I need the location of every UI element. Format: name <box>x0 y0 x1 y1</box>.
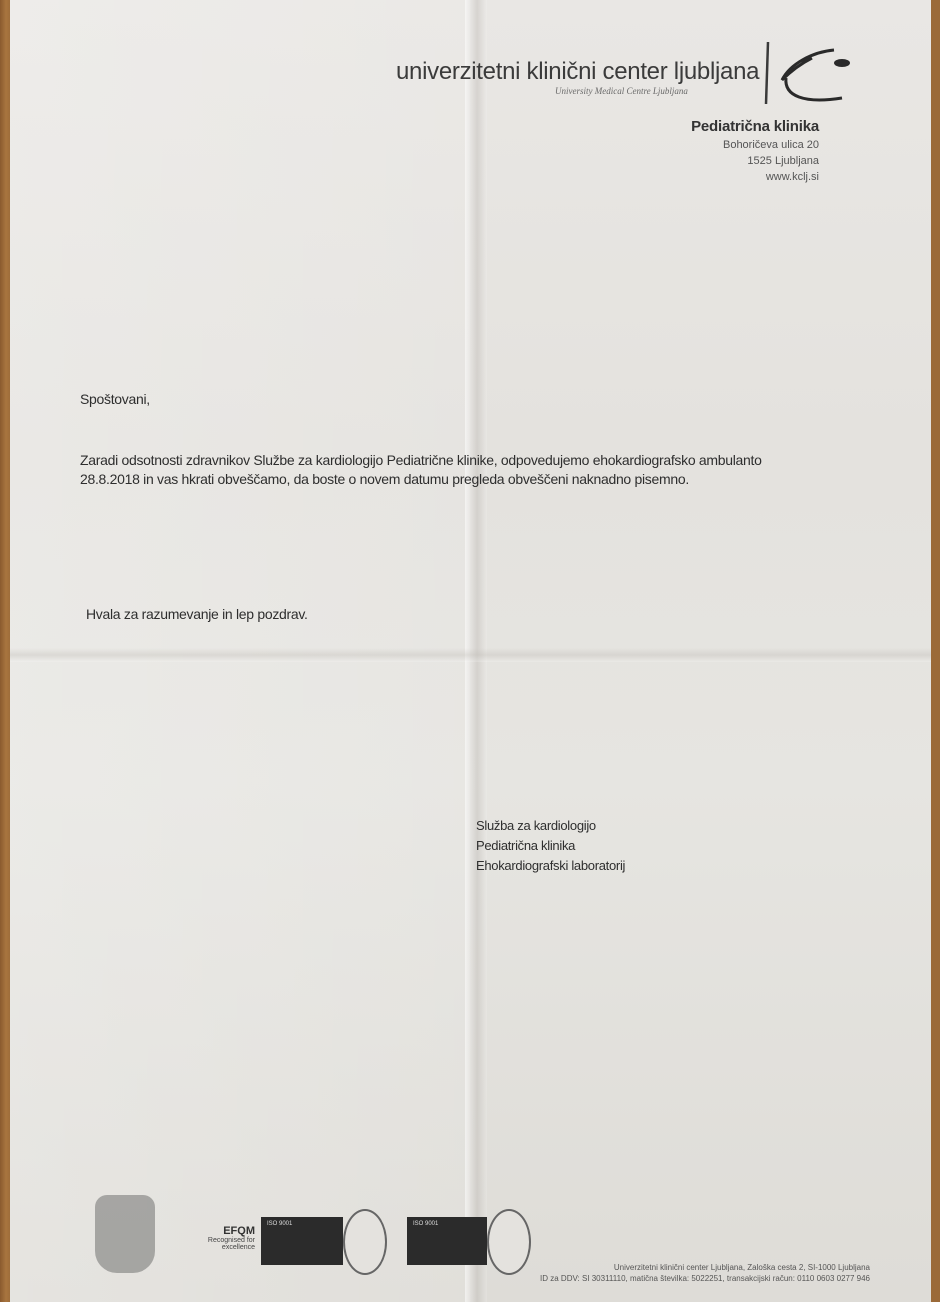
letter-paper: univerzitetni klinični center ljubljana … <box>10 0 931 1302</box>
website: www.kclj.si <box>691 171 819 183</box>
horizontal-fold <box>10 648 931 662</box>
institution-name: univerzitetni klinični center ljubljana <box>396 58 759 86</box>
signature-line: Služba za kardiologijo <box>476 816 625 836</box>
certification-seal-icon <box>343 1209 387 1275</box>
department-name: Pediatrična klinika <box>691 118 819 135</box>
certification-box: ISO 9001 <box>407 1217 487 1265</box>
address-street: Bohoričeva ulica 20 <box>691 139 819 151</box>
signature-block: Služba za kardiologijo Pediatrična klini… <box>476 816 625 876</box>
footer-line: ID za DDV: SI 30311110, matična številka… <box>440 1273 870 1284</box>
signature-line: Ehokardiografski laboratorij <box>476 856 625 876</box>
letter-paragraph: Zaradi odsotnosti zdravnikov Službe za k… <box>80 451 800 489</box>
footer-address: Univerzitetni klinični center Ljubljana,… <box>440 1262 870 1284</box>
greeting: Spoštovani, <box>80 391 150 407</box>
kc-logo-icon <box>762 38 852 108</box>
signature-line: Pediatrična klinika <box>476 836 625 856</box>
address-city: 1525 Ljubljana <box>691 155 819 167</box>
closing: Hvala za razumevanje in lep pozdrav. <box>86 606 308 622</box>
institution-name-en: University Medical Centre Ljubljana <box>555 86 688 96</box>
efqm-logo: EFQM Recognised for excellence <box>175 1225 255 1251</box>
certification-box: ISO 9001 <box>261 1217 343 1265</box>
footer-line: Univerzitetni klinični center Ljubljana,… <box>440 1262 870 1273</box>
department-block: Pediatrična klinika Bohoričeva ulica 20 … <box>691 118 819 183</box>
quality-badge-icon <box>95 1195 155 1273</box>
